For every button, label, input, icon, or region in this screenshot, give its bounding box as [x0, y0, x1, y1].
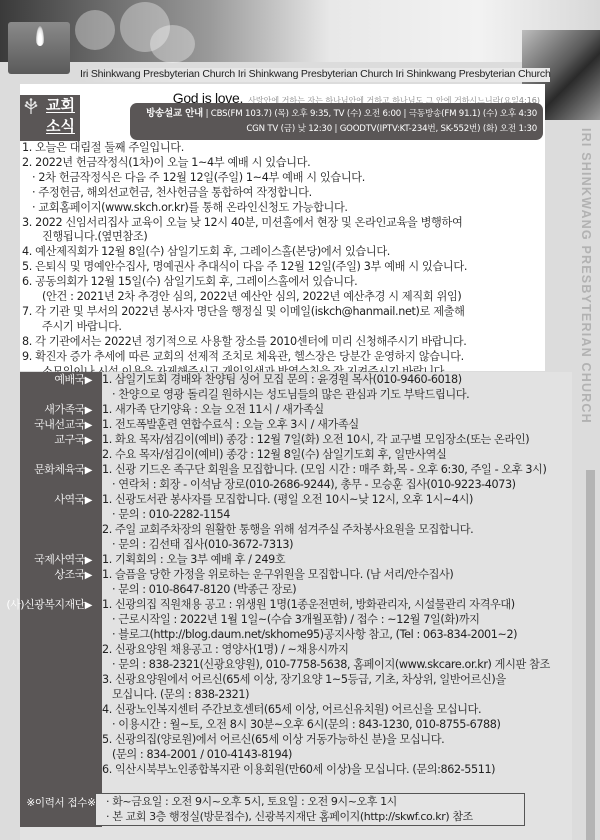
department-line-item: 4. 신광노인복지센터 주간보호센터(65세 이상, 어르신유치원) 어르신을 …: [102, 702, 481, 717]
department-row: 상조국▶1. 슬픔을 당한 가정을 위로하는 운구위원을 모집합니다. (남 서…: [102, 567, 572, 582]
department-row: · 연락처 : 회장 - 이석남 장로(010-2686-9244), 총무 -…: [102, 477, 572, 492]
department-line-item: 6. 익산시북부노인종합복지관 이용회원(만60세 이상)을 모십니다. (문의…: [102, 762, 495, 777]
department-row: 문화체육국▶1. 신광 기드온 족구단 회원을 모집합니다. (모임 시간 : …: [102, 462, 572, 477]
department-row: 2. 주일 교회주차장의 원활한 통행을 위해 섬겨주실 주차봉사요원을 모집합…: [102, 522, 572, 537]
department-line-item: 5. 신광의집(양로원)에서 어르신(65세 이상 거동가능하신 분)을 모십니…: [102, 732, 444, 747]
department-name: (사)신광복지재단▶: [0, 597, 92, 613]
department-name: 예배국▶: [0, 372, 92, 388]
department-name: 사역국▶: [0, 492, 92, 508]
arrow-right-icon: ▶: [85, 405, 92, 416]
department-name-text: 국내선교국: [34, 418, 85, 431]
arrow-right-icon: ▶: [85, 375, 92, 386]
announcement-item: 6. 공동의회가 12월 15일(수) 삼일기도회 후, 그레이스홀에서 있습니…: [22, 275, 542, 290]
department-row: · 문의 : 김선태 집사(010-3672-7313): [102, 537, 572, 552]
department-line-sub: · 문의 : 838-2321(신광요양원), 010-7758-5638, 홈…: [112, 657, 550, 672]
announcement-item: 7. 각 기관 및 부서의 2022년 봉사자 명단을 행정실 및 이메일(is…: [22, 305, 542, 320]
announcement-item: 4. 예산제직회가 12월 8일(수) 삼일기도회 후, 그레이스홀(본당)에서…: [22, 245, 542, 260]
announcement-cont: 주시기 바랍니다.: [22, 320, 542, 335]
department-name: 국내선교국▶: [0, 417, 92, 433]
department-name-text: 국제사역국: [34, 553, 85, 566]
department-line-sub: · 문의 : 010-2282-1154: [112, 507, 230, 522]
church-news-line2: 소식: [46, 116, 75, 137]
department-row: · 문의 : 010-2282-1154: [102, 507, 572, 522]
department-line-item: 2. 수요 목자/섬김이(예비) 종강 : 12월 8일(수) 삼일기도회 후,…: [102, 447, 446, 462]
department-line-sub: · 블로그(http://blog.daum.net/skhome95)공지사항…: [112, 627, 517, 642]
announcement-sub: · 교회홈페이지(www.skch.or.kr)를 통해 온라인신청도 가능합니…: [22, 201, 542, 216]
candle-image: [8, 22, 70, 74]
announcement-cont: (안건 : 2021년 2차 추경안 심의, 2022년 예산안 심의, 202…: [22, 290, 542, 305]
department-line-sub: · 문의 : 김선태 집사(010-3672-7313): [112, 537, 293, 552]
department-name-text: 문화체육국: [34, 463, 85, 476]
announcement-sub: · 2차 헌금작정식은 다음 주 12월 12일(주일) 1~4부 예배 시 있…: [22, 171, 542, 186]
department-line-sub: · 찬양으로 영광 돌리길 원하시는 성도님들의 많은 관심과 기도 부탁드립니…: [112, 387, 469, 402]
department-line-item: 1. 삼일기도회 경배와 찬양팀 싱어 모집 문의 : 윤경원 목사(010-9…: [102, 372, 462, 387]
department-line-cont: 모십니다. (문의 : 838-2321): [112, 687, 249, 702]
church-news-title: 교회 소식: [46, 95, 75, 137]
announcement-item: 1. 오늘은 대림절 둘째 주일입니다.: [22, 141, 542, 156]
department-name-text: 상조국: [54, 568, 84, 581]
department-line-item: 1. 신광 기드온 족구단 회원을 모집합니다. (모임 시간 : 매주 화,목…: [102, 462, 546, 477]
resume-line-2: · 본 교회 3층 행정실(방문접수), 신광복지재단 홈페이지(http://…: [106, 810, 524, 825]
resume-label: ※이력서 접수※: [20, 795, 102, 810]
department-row: 교구국▶1. 화요 목자/섬김이(예비) 종강 : 12월 7일(화) 오전 1…: [102, 432, 572, 447]
announcement-item: 2. 2022년 헌금작정식(1차)이 오늘 1~4부 예배 시 있습니다.: [22, 156, 542, 171]
department-line-item: 1. 슬픔을 당한 가정을 위로하는 운구위원을 모집합니다. (남 서리/안수…: [102, 567, 453, 582]
announcement-cont: 진행됩니다.(옆면참조): [22, 230, 542, 245]
department-line-item: 1. 새가족 단기양육 : 오늘 오전 11시 / 새가족실: [102, 402, 324, 417]
resume-line-1: · 화~금요일 : 오전 9시~오후 5시, 토요일 : 오전 9시~오후 1시: [106, 795, 524, 810]
vertical-church-name: IRI SHINKWANG PRESBYTERIAN CHURCH: [579, 128, 593, 424]
announcement-item: 5. 은퇴식 및 명예안수집사, 명예권사 추대식이 다음 주 12월 12일(…: [22, 260, 542, 275]
arrow-right-icon: ▶: [85, 420, 92, 431]
department-name: 국제사역국▶: [0, 552, 92, 568]
department-row: 5. 신광의집(양로원)에서 어르신(65세 이상 거동가능하신 분)을 모십니…: [102, 732, 572, 747]
bokeh-decoration: [150, 25, 195, 63]
department-line-sub: · 문의 : 010-8647-8120 (박종근 장로): [112, 582, 296, 597]
department-row: 2. 수요 목자/섬김이(예비) 종강 : 12월 8일(수) 삼일기도회 후,…: [102, 447, 572, 462]
department-row: 국내선교국▶1. 전도폭발훈련 연합수료식 : 오늘 오후 3시 / 새가족실: [102, 417, 572, 432]
announcement-item: 3. 2022 신임서리집사 교육이 오늘 낮 12시 40분, 미션홀에서 현…: [22, 216, 542, 231]
announcement-item: 8. 각 기관에서는 2022년 정기적으로 사용할 장소를 2010센터에 미…: [22, 335, 542, 350]
department-row: · 찬양으로 영광 돌리길 원하시는 성도님들의 많은 관심과 기도 부탁드립니…: [102, 387, 572, 402]
department-line-sub: · 연락처 : 회장 - 이석남 장로(010-2686-9244), 총무 -…: [112, 477, 516, 492]
department-row: · 이용시간 : 월~토, 오전 8시 30분~오후 6시(문의 : 843-1…: [102, 717, 572, 732]
department-name: 새가족국▶: [0, 402, 92, 418]
broadcast-info-box: 방송설교 안내 | CBS(FM 103.7) (목) 오후 9:35, TV …: [130, 103, 543, 140]
church-news-line1: 교회: [46, 95, 75, 116]
department-row: 예배국▶1. 삼일기도회 경배와 찬양팀 싱어 모집 문의 : 윤경원 목사(0…: [102, 372, 572, 387]
department-name: 교구국▶: [0, 432, 92, 448]
resume-info-box: · 화~금요일 : 오전 9시~오후 5시, 토요일 : 오전 9시~오후 1시…: [95, 793, 525, 826]
department-line-item: 3. 신광요양원에서 어르신(65세 이상, 장기요양 1~5등급, 기초, 차…: [102, 672, 506, 687]
department-row: 새가족국▶1. 새가족 단기양육 : 오늘 오전 11시 / 새가족실: [102, 402, 572, 417]
arrow-right-icon: ▶: [85, 570, 92, 581]
department-list: 예배국▶1. 삼일기도회 경배와 찬양팀 싱어 모집 문의 : 윤경원 목사(0…: [102, 372, 572, 777]
announcement-list: 1. 오늘은 대림절 둘째 주일입니다.2. 2022년 헌금작정식(1차)이 …: [22, 141, 542, 380]
announcement-item: 9. 확진자 증가 추세에 따른 교회의 선제적 조치로 체육관, 헬스장은 당…: [22, 350, 542, 365]
department-row: (사)신광복지재단▶1. 신광의집 직원채용 공고 : 위생원 1명(1종운전면…: [102, 597, 572, 612]
flame-icon: [36, 26, 44, 46]
broadcast-line2: CGN TV (금) 낮 12:30 | GOODTV(IPTV:KT-234번…: [134, 122, 537, 137]
broadcast-schedule-1: | CBS(FM 103.7) (목) 오후 9:35, TV (수) 오전 6…: [203, 109, 537, 119]
department-line-item: 2. 주일 교회주차장의 원활한 통행을 위해 섬겨주실 주차봉사요원을 모집합…: [102, 522, 473, 537]
arrow-right-icon: ▶: [85, 495, 92, 506]
department-row: 2. 신광요양원 채용공고 : 영양사(1명) / ~채용시까지: [102, 642, 572, 657]
department-name-text: 사역국: [54, 493, 84, 506]
arrow-right-icon: ▶: [85, 600, 92, 611]
department-row: · 블로그(http://blog.daum.net/skhome95)공지사항…: [102, 627, 572, 642]
department-row: · 근로시작일 : 2022년 1월 1일~(수습 3개월포함) / 접수 : …: [102, 612, 572, 627]
announcement-sub: · 주정헌금, 해외선교헌금, 천사헌금을 통합하여 작정합니다.: [22, 186, 542, 201]
english-church-title: Iri Shinkwang Presbyterian Church Iri Sh…: [80, 68, 550, 82]
department-name: 문화체육국▶: [0, 462, 92, 478]
department-row: 6. 익산시북부노인종합복지관 이용회원(만60세 이상)을 모십니다. (문의…: [102, 762, 572, 777]
department-line-sub: · 근로시작일 : 2022년 1월 1일~(수습 3개월포함) / 접수 : …: [112, 612, 480, 627]
broadcast-line1: 방송설교 안내 | CBS(FM 103.7) (목) 오후 9:35, TV …: [134, 106, 537, 122]
department-line-item: 1. 신광의집 직원채용 공고 : 위생원 1명(1종운전면허, 방화관리자, …: [102, 597, 515, 612]
department-row: · 문의 : 010-8647-8120 (박종근 장로): [102, 582, 572, 597]
department-row: 모십니다. (문의 : 838-2321): [102, 687, 572, 702]
arrow-right-icon: ▶: [85, 435, 92, 446]
department-row: · 문의 : 838-2321(신광요양원), 010-7758-5638, 홈…: [102, 657, 572, 672]
department-row: 4. 신광노인복지센터 주간보호센터(65세 이상, 어르신유치원) 어르신을 …: [102, 702, 572, 717]
department-name-text: 새가족국: [44, 403, 85, 416]
department-line-cont: (문의 : 834-2001 / 010-4143-8194): [112, 747, 292, 762]
department-name-text: (사)신광복지재단: [6, 598, 84, 611]
department-name-text: 교구국: [54, 433, 84, 446]
arrow-right-icon: ▶: [85, 555, 92, 566]
department-name-text: 예배국: [54, 373, 84, 386]
church-news-badge: 교회 소식: [20, 95, 80, 141]
department-line-item: 1. 기획회의 : 오늘 3부 예배 후 / 249호: [102, 552, 285, 567]
department-row: 사역국▶1. 신광도서관 봉사자를 모집합니다. (평일 오전 10시~낮 12…: [102, 492, 572, 507]
header-photo: [0, 0, 600, 62]
department-line-item: 1. 신광도서관 봉사자를 모집합니다. (평일 오전 10시~낮 12시, 오…: [102, 492, 473, 507]
department-line-sub: · 이용시간 : 월~토, 오전 8시 30분~오후 6시(문의 : 843-1…: [112, 717, 500, 732]
department-line-item: 1. 전도폭발훈련 연합수료식 : 오늘 오후 3시 / 새가족실: [102, 417, 359, 432]
department-line-item: 1. 화요 목자/섬김이(예비) 종강 : 12월 7일(화) 오전 10시, …: [102, 432, 529, 447]
department-line-item: 2. 신광요양원 채용공고 : 영양사(1명) / ~채용시까지: [102, 642, 349, 657]
department-row: 3. 신광요양원에서 어르신(65세 이상, 장기요양 1~5등급, 기초, 차…: [102, 672, 572, 687]
bokeh-decoration: [75, 10, 115, 50]
department-row: (문의 : 834-2001 / 010-4143-8194): [102, 747, 572, 762]
department-row: 국제사역국▶1. 기획회의 : 오늘 3부 예배 후 / 249호: [102, 552, 572, 567]
leaf-icon: [24, 98, 38, 114]
arrow-right-icon: ▶: [85, 465, 92, 476]
side-bar: [586, 470, 595, 840]
department-name: 상조국▶: [0, 567, 92, 583]
broadcast-label: 방송설교 안내: [146, 108, 203, 119]
